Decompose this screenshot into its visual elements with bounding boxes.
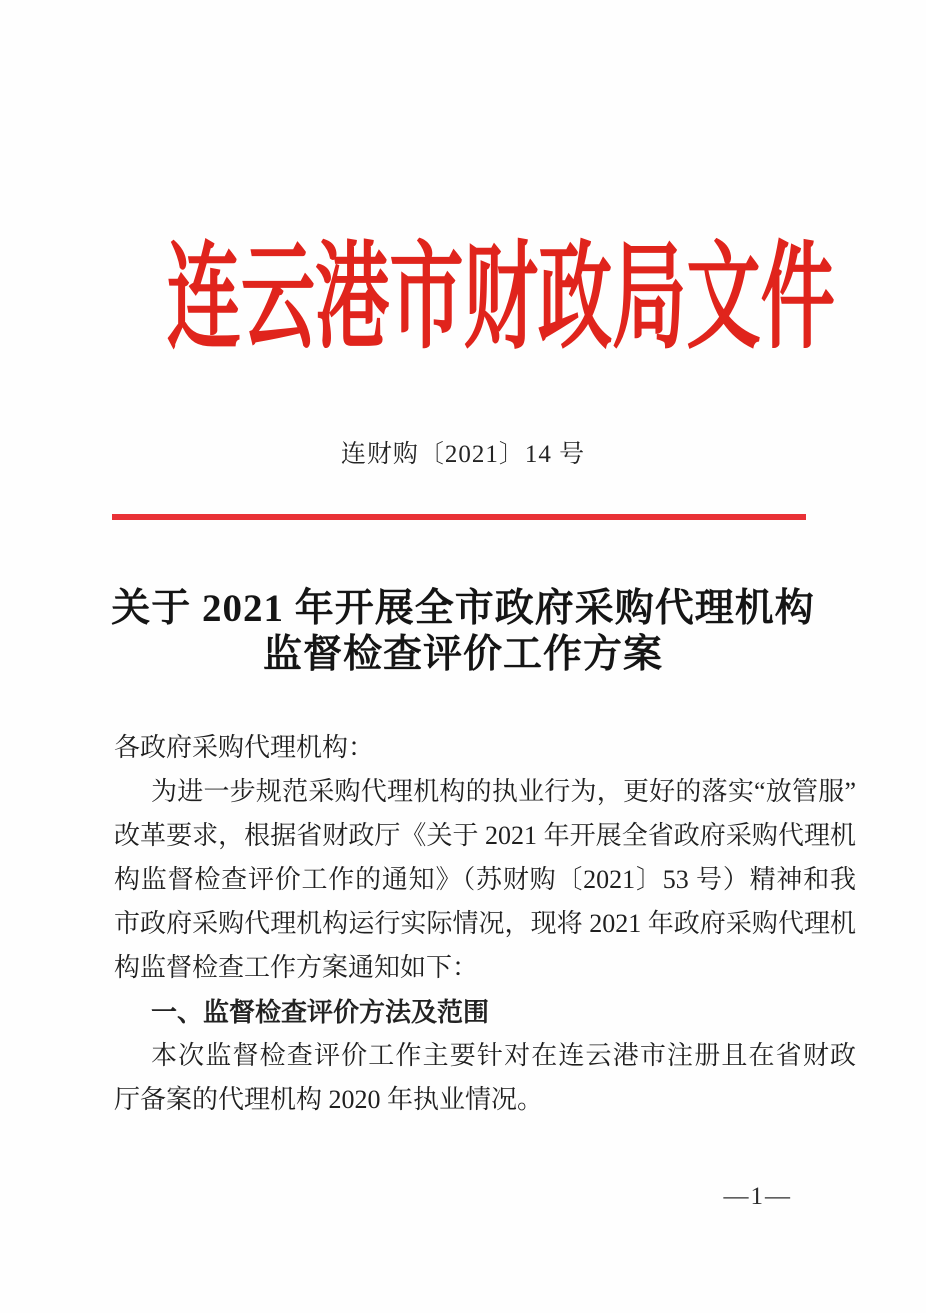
document-title-line1: 关于 2021 年开展全市政府采购代理机构 (0, 586, 926, 632)
document-number: 连财购〔2021〕14 号 (0, 440, 926, 470)
document-title: 关于 2021 年开展全市政府采购代理机构 监督检查评价工作方案 (0, 586, 926, 678)
body-line-2: 改革要求，根据省财政厅《关于 2021 年开展全省政府采购代理机 (114, 814, 856, 858)
body-line-4: 市政府采购代理机构运行实际情况，现将 2021 年政府采购代理机 (114, 902, 856, 946)
page-number: —1— (724, 1182, 793, 1212)
document-title-line2: 监督检查评价工作方案 (0, 632, 926, 678)
agency-header-title: 连云港市财政局文件 (167, 238, 760, 360)
body-line-3: 构监督检查评价工作的通知》（苏财购〔2021〕53 号）精神和我 (114, 858, 856, 902)
body-line-5: 构监督检查工作方案通知如下： (114, 946, 856, 990)
document-body: 各政府采购代理机构： 为进一步规范采购代理机构的执业行为，更好的落实“放管服” … (114, 726, 856, 1122)
body-line-7: 本次监督检查评价工作主要针对在连云港市注册且在省财政 (114, 1034, 856, 1078)
body-line-1: 为进一步规范采购代理机构的执业行为，更好的落实“放管服” (114, 770, 856, 814)
salutation-line: 各政府采购代理机构： (114, 726, 856, 770)
document-page: 连云港市财政局文件 连财购〔2021〕14 号 关于 2021 年开展全市政府采… (0, 0, 926, 1313)
section-heading-1: 一、监督检查评价方法及范围 (114, 990, 856, 1034)
body-line-8: 厅备案的代理机构 2020 年执业情况。 (114, 1078, 856, 1122)
red-divider-line (112, 514, 806, 520)
